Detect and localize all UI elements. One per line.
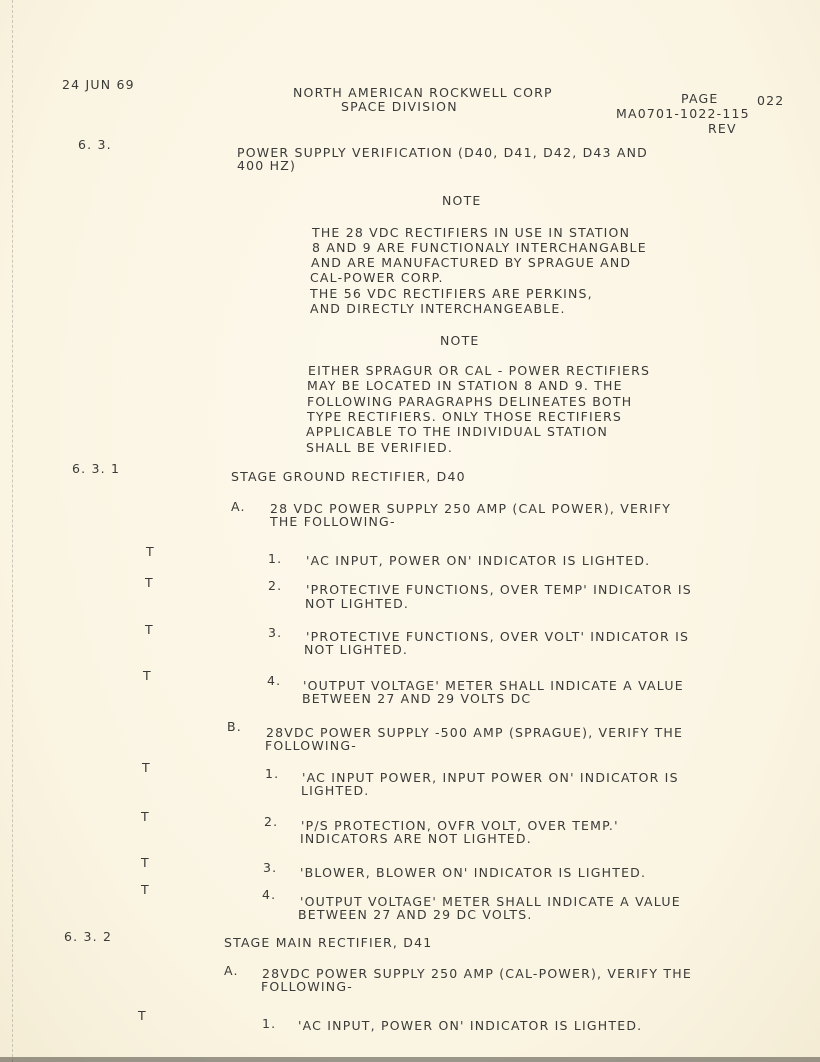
item-line: LIGHTED. (301, 783, 369, 798)
note-heading: NOTE (442, 193, 482, 208)
subsection-number: 6. 3. 1 (72, 461, 120, 476)
note-heading: NOTE (440, 333, 480, 348)
page-bottom-edge (0, 1057, 820, 1062)
subsection-title: STAGE GROUND RECTIFIER, D40 (231, 469, 466, 484)
note-line: APPLICABLE TO THE INDIVIDUAL STATION (306, 424, 608, 439)
note-line: TYPE RECTIFIERS. ONLY THOSE RECTIFIERS (307, 409, 622, 424)
section-number: 6. 3. (78, 137, 112, 152)
section-title-line2: 400 HZ) (237, 158, 296, 173)
header-page-number: 022 (757, 93, 784, 108)
part-line: THE FOLLOWING- (270, 514, 396, 529)
note-line: THE 28 VDC RECTIFIERS IN USE IN STATION (312, 225, 630, 240)
note-line: AND DIRECTLY INTERCHANGEABLE. (310, 301, 566, 316)
note-line: AND ARE MANUFACTURED BY SPRAGUE AND (311, 255, 631, 270)
header-division: SPACE DIVISION (341, 99, 458, 114)
item-number: 4. (262, 887, 276, 902)
item-line: NOT LIGHTED. (305, 596, 409, 611)
header-page-label: PAGE (681, 91, 718, 106)
part-line: FOLLOWING- (261, 979, 353, 994)
test-mark: T (145, 622, 154, 637)
item-number: 3. (263, 860, 277, 875)
note-line: CAL-POWER CORP. (310, 270, 444, 285)
subsection-title: STAGE MAIN RECTIFIER, D41 (224, 935, 432, 950)
note-line: 8 AND 9 ARE FUNCTIONALY INTERCHANGABLE (312, 240, 647, 255)
item-number: 1. (262, 1016, 276, 1031)
item-number: 2. (264, 814, 278, 829)
item-line: 'BLOWER, BLOWER ON' INDICATOR IS LIGHTED… (300, 865, 646, 880)
item-number: 1. (268, 551, 282, 566)
item-number: 3. (268, 625, 282, 640)
item-line: 'AC INPUT, POWER ON' INDICATOR IS LIGHTE… (306, 553, 650, 568)
item-number: 4. (267, 673, 281, 688)
test-mark: T (138, 1008, 147, 1023)
section-title-line1: POWER SUPPLY VERIFICATION (D40, D41, D42… (237, 145, 648, 160)
item-line: BETWEEN 27 AND 29 DC VOLTS. (298, 907, 533, 922)
header-date: 24 JUN 69 (62, 77, 135, 92)
item-number: 2. (268, 578, 282, 593)
subsection-number: 6. 3. 2 (64, 929, 112, 944)
item-line: INDICATORS ARE NOT LIGHTED. (300, 831, 532, 846)
part-letter: A. (231, 499, 246, 514)
test-mark: T (142, 760, 151, 775)
header-rev-label: REV (708, 121, 737, 136)
header-company: NORTH AMERICAN ROCKWELL CORP (293, 85, 553, 100)
part-line: FOLLOWING- (265, 738, 357, 753)
note-line: EITHER SPRAGUR OR CAL - POWER RECTIFIERS (308, 363, 650, 378)
item-line: BETWEEN 27 AND 29 VOLTS DC (302, 691, 531, 706)
part-letter: B. (227, 719, 242, 734)
item-line: 'AC INPUT, POWER ON' INDICATOR IS LIGHTE… (298, 1018, 642, 1033)
item-number: 1. (265, 766, 279, 781)
item-line: 'PROTECTIVE FUNCTIONS, OVER TEMP' INDICA… (306, 582, 692, 597)
test-mark: T (145, 575, 154, 590)
part-letter: A. (224, 963, 239, 978)
item-line: NOT LIGHTED. (304, 642, 408, 657)
test-mark: T (143, 668, 152, 683)
test-mark: T (141, 882, 150, 897)
perforated-edge (12, 0, 14, 1062)
note-line: SHALL BE VERIFIED. (306, 440, 453, 455)
note-line: THE 56 VDC RECTIFIERS ARE PERKINS, (310, 286, 593, 301)
header-doc-number: MA0701-1022-115 (616, 106, 750, 121)
test-mark: T (146, 544, 155, 559)
test-mark: T (141, 809, 150, 824)
note-line: MAY BE LOCATED IN STATION 8 AND 9. THE (307, 378, 623, 393)
test-mark: T (141, 855, 150, 870)
note-line: FOLLOWING PARAGRAPHS DELINEATES BOTH (307, 394, 632, 409)
